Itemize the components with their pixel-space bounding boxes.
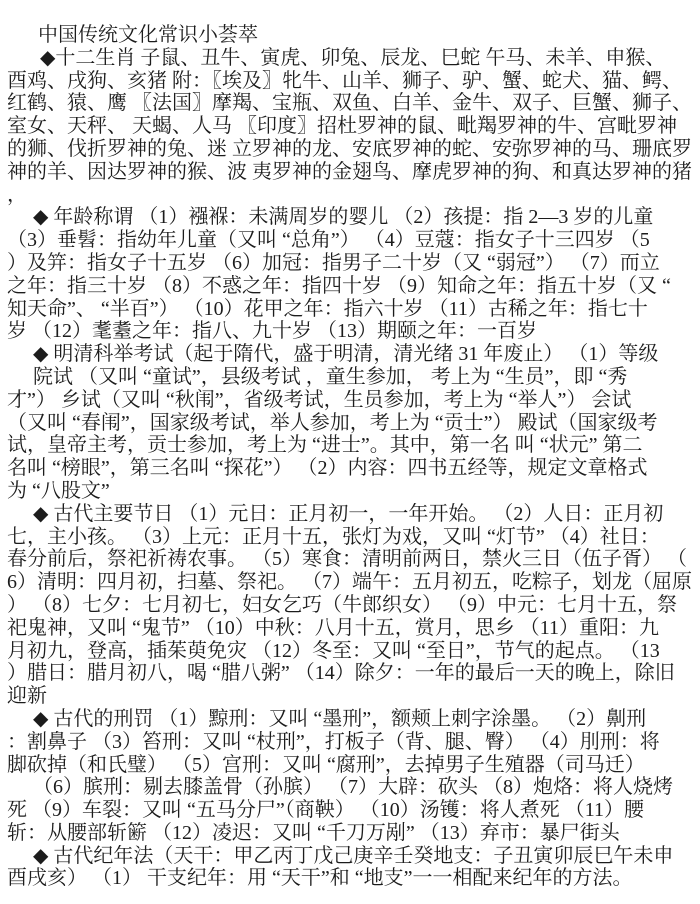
text-line: ◆ 明清科举考试（起于隋代，盛于明清，清光绪 31 年废止） （1）等级 xyxy=(7,343,700,366)
text-line: 之年：指三十岁 （8）不惑之年：指四十岁 （9）知命之年：指五十岁（又 “ xyxy=(7,275,700,298)
text-line: ◆十二生肖 子鼠、丑牛、寅虎、卯兔、辰龙、巳蛇 午马、未羊、申猴、 xyxy=(7,47,700,70)
section-punishments: ◆ 古代的刑罚 （1）黥刑：又叫 “墨刑”，额颊上刺字涂墨。 （2）劓刑 ：割鼻… xyxy=(7,708,700,845)
text-line: 名叫 “榜眼”，第三名叫 “探花”） （2）内容：四书五经等，规定文章格式 xyxy=(7,457,700,480)
section-zodiac: ◆十二生肖 子鼠、丑牛、寅虎、卯兔、辰龙、巳蛇 午马、未羊、申猴、 酉鸡、戌狗、… xyxy=(7,47,700,207)
text-line: ）腊日：腊月初八，喝 “腊八粥” （14）除夕：一年的最后一天的晚上，除旧 xyxy=(7,662,700,685)
text-line: 红鹤、猿、鹰 〖法国〗摩羯、宝瓶、双鱼、白羊、金牛、双子、巨蟹、狮子、 xyxy=(7,92,700,115)
section-age-titles: ◆ 年龄称谓 （1）襁褓：未满周岁的婴儿 （2）孩提：指 2—3 岁的儿童 （3… xyxy=(7,206,700,343)
text-line: 酉鸡、戌狗、亥猪 附：〖埃及〗牝牛、山羊、狮子、驴、蟹、蛇犬、猫、鳄、 xyxy=(7,70,700,93)
text-line: ◆ 古代的刑罚 （1）黥刑：又叫 “墨刑”，额颊上刺字涂墨。 （2）劓刑 xyxy=(7,708,700,731)
text-line: 院试 （又叫 “童试”，县级考试 ，童生参加， 考上为 “生员”，即 “秀 xyxy=(7,366,700,389)
text-line: 才”） 乡试（又叫 “秋闱”，省级考试，生员参加，考上为 “举人”） 会试 xyxy=(7,389,700,412)
text-line: 脚砍掉（和氏璧） （5）宫刑：又叫 “腐刑”，去掉男子生殖器（司马迁） xyxy=(7,754,700,777)
text-line: 死 （9）车裂：又叫 “五马分尸”（商鞅） （10）汤镬：将人煮死 （11）腰 xyxy=(7,799,700,822)
text-line: 祀鬼神，又叫 “鬼节” （10）中秋：八月十五，赏月，思乡 （11）重阳：九 xyxy=(7,617,700,640)
text-line: （又叫 “春闱”，国家级考试，举人参加，考上为 “贡士”） 殿试（国家级考 xyxy=(7,412,700,435)
text-line: 知天命”、 “半百”） （10）花甲之年：指六十岁 （11）古稀之年：指七十 xyxy=(7,298,700,321)
text-line: 试，皇帝主考，贡士参加，考上为 “进士”。其中，第一名 叫 “状元” 第二 xyxy=(7,434,700,457)
text-line: ）及笄：指女子十五岁 （6）加冠：指男子二十岁（又 “弱冠”） （7）而立 xyxy=(7,252,700,275)
text-line: 春分前后，祭祀祈祷农事。 （5）寒食：清明前两日，禁火三日（伍子胥） （ xyxy=(7,548,700,571)
text-line: ◆ 年龄称谓 （1）襁褓：未满周岁的婴儿 （2）孩提：指 2—3 岁的儿童 xyxy=(7,206,700,229)
text-line: 6）清明：四月初，扫墓、祭祀。 （7）端午：五月初五，吃粽子，划龙（屈原 xyxy=(7,571,700,594)
page-title: 中国传统文化常识小荟萃 xyxy=(7,24,700,47)
text-line: （6）膑刑：剔去膝盖骨（孙膑） （7）大辟：砍头 （8）炮烙：将人烧烤 xyxy=(7,776,700,799)
text-line: ：割鼻子 （3）笞刑：又叫 “杖刑”，打板子（背、腿、臀） （4）刖刑：将 xyxy=(7,731,700,754)
text-line: 月初九，登高，插茱萸免灾 （12）冬至：又叫 “至日”，节气的起点。 （13 xyxy=(7,640,700,663)
text-line: ， xyxy=(7,184,700,207)
text-line: ◆ 古代纪年法（天干：甲乙丙丁戊己庚辛壬癸地支：子丑寅卯辰巳午未申 xyxy=(7,845,700,868)
text-line: 室女、天秤、 天蝎、人马 〖印度〗招杜罗神的鼠、毗羯罗神的牛、宫毗罗神 xyxy=(7,115,700,138)
text-line: 神的羊、因达罗神的猴、波 夷罗神的金翅鸟、摩虎罗神的狗、和真达罗神的猪 xyxy=(7,161,700,184)
text-line: 斩：从腰部斩簖 （12）凌迟：又叫 “千刀万剐” （13）弃市：暴尸街头 xyxy=(7,822,700,845)
section-imperial-exams: ◆ 明清科举考试（起于隋代，盛于明清，清光绪 31 年废止） （1）等级 院试 … xyxy=(7,343,700,503)
text-line: （3）垂髫：指幼年儿童（又叫 “总角”） （4）豆蔻：指女子十三四岁 （5 xyxy=(7,229,700,252)
text-line: ） （8）七夕：七月初七，妇女乞巧（牛郎织女） （9）中元：七月十五，祭 xyxy=(7,594,700,617)
section-festivals: ◆ 古代主要节日 （1）元日：正月初一，一年开始。 （2）人日：正月初 七，主小… xyxy=(7,503,700,708)
text-line: 酉戌亥） （1） 干支纪年：用 “天干”和 “地支”一一相配来纪年的方法。 xyxy=(7,867,700,890)
text-line: 岁 （12）耄耋之年：指八、九十岁 （13）期颐之年：一百岁 xyxy=(7,320,700,343)
text-line: 迎新 xyxy=(7,685,700,708)
section-calendar-system: ◆ 古代纪年法（天干：甲乙丙丁戊己庚辛壬癸地支：子丑寅卯辰巳午未申 酉戌亥） （… xyxy=(7,845,700,891)
text-line: 七，主小孩。 （3）上元：正月十五，张灯为戏，又叫 “灯节” （4）社日： xyxy=(7,526,700,549)
text-line: 为 “八股文” xyxy=(7,480,700,503)
text-line: ◆ 古代主要节日 （1）元日：正月初一，一年开始。 （2）人日：正月初 xyxy=(7,503,700,526)
document-page: 中国传统文化常识小荟萃 ◆十二生肖 子鼠、丑牛、寅虎、卯兔、辰龙、巳蛇 午马、未… xyxy=(0,0,700,904)
text-line: 的狮、伐折罗神的兔、迷 立罗神的龙、安底罗神的蛇、安弥罗神的马、珊底罗 xyxy=(7,138,700,161)
